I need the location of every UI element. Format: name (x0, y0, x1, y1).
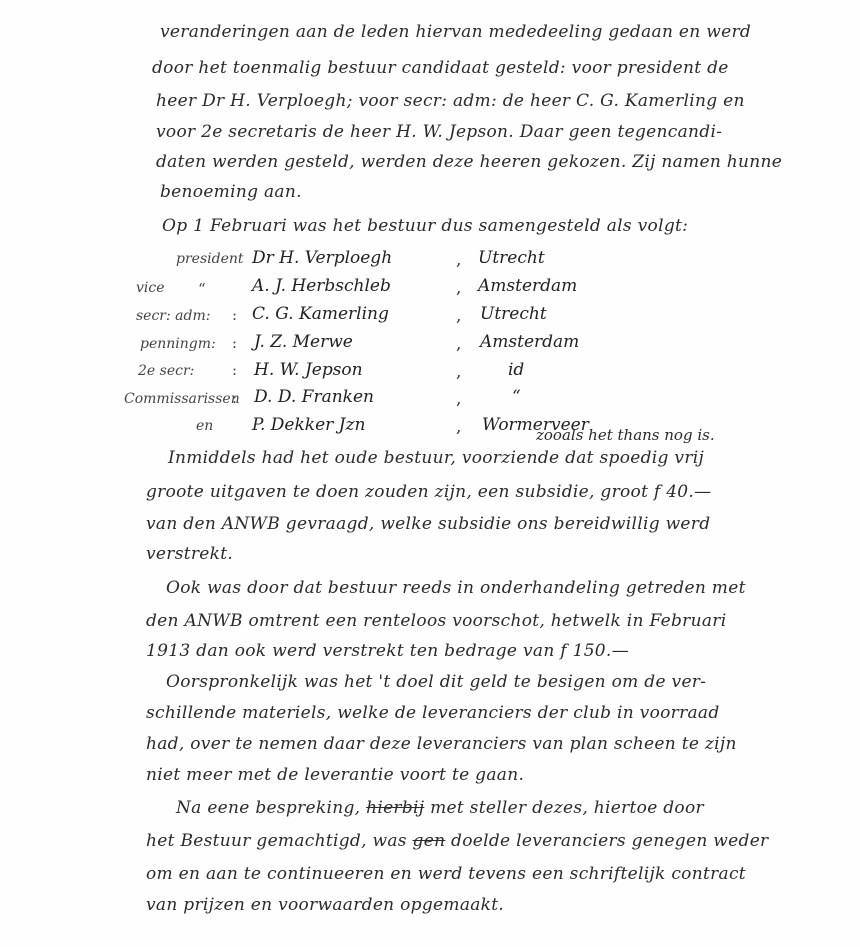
paragraph-1-line-4: voor 2e secretaris de heer H. W. Jepson.… (156, 122, 722, 142)
paragraph-3-line-1: Inmiddels had het oude bestuur, voorzien… (168, 448, 704, 468)
paragraph-1-line-6: benoeming aan. (160, 182, 302, 202)
paragraph-6-line-1: Na eene bespreking, hierbij met steller … (176, 798, 704, 818)
roster-name: D. D. Franken (254, 387, 374, 407)
roster-name: Dr H. Verploegh (252, 248, 392, 268)
inserted-annotation: zooals het thans nog is. (536, 426, 715, 444)
roster-city: Amsterdam (480, 332, 579, 352)
paragraph-1-line-3: heer Dr H. Verploegh; voor secr: adm: de… (156, 91, 745, 111)
roster-label: vice (136, 280, 165, 296)
roster-label: secr: adm: (136, 308, 210, 324)
struck-word: hierbij (366, 798, 424, 818)
text-segment: Na eene bespreking, (176, 798, 360, 818)
roster-intro: Op 1 Februari was het bestuur dus sameng… (162, 216, 688, 236)
paragraph-5-line-3: had, over te nemen daar deze leverancier… (146, 734, 737, 754)
roster-ditto: “ (198, 280, 206, 298)
roster-city: Utrecht (478, 248, 545, 268)
paragraph-1-line-1: veranderingen aan de leden hiervan meded… (160, 22, 751, 42)
paragraph-6-line-2: het Bestuur gemachtigd, was gen doelde l… (146, 831, 768, 851)
paragraph-3-line-4: verstrekt. (146, 544, 233, 564)
roster-label: en (196, 418, 213, 434)
roster-name: J. Z. Merwe (254, 332, 353, 352)
paragraph-1-line-2: door het toenmalig bestuur candidaat ges… (152, 58, 729, 78)
paragraph-5-line-4: niet meer met de leverantie voort te gaa… (146, 765, 524, 785)
roster-name: H. W. Jepson (254, 360, 363, 380)
paragraph-4-line-3: 1913 dan ook werd verstrekt ten bedrage … (146, 641, 629, 661)
paragraph-1-line-5: daten werden gesteld, werden deze heeren… (156, 152, 782, 172)
paragraph-5-line-1: Oorspronkelijk was het 't doel dit geld … (166, 672, 706, 692)
roster-city: Utrecht (480, 304, 547, 324)
struck-word: gen (413, 831, 446, 851)
paragraph-6-line-4: van prijzen en voorwaarden opgemaakt. (146, 895, 504, 915)
document-page: veranderingen aan de leden hiervan meded… (0, 0, 860, 947)
paragraph-3-line-2: groote uitgaven te doen zouden zijn, een… (146, 482, 711, 502)
text-segment: doelde leveranciers genegen weder (451, 831, 768, 851)
paragraph-4-line-2: den ANWB omtrent een renteloos voorschot… (146, 611, 726, 631)
text-segment: met steller dezes, hiertoe door (430, 798, 704, 818)
roster-name: P. Dekker Jzn (252, 415, 365, 435)
paragraph-3-line-3: van den ANWB gevraagd, welke subsidie on… (146, 514, 710, 534)
text-segment: het Bestuur gemachtigd, was (146, 831, 407, 851)
roster-city: Amsterdam (478, 276, 577, 296)
roster-name: A. J. Herbschleb (252, 276, 391, 296)
paragraph-6-line-3: om en aan te continueeren en werd tevens… (146, 864, 746, 884)
roster-label: president (176, 251, 244, 267)
roster-name: C. G. Kamerling (252, 304, 389, 324)
paragraph-5-line-2: schillende materiels, welke de leveranci… (146, 703, 720, 723)
roster-city: id (508, 360, 524, 380)
roster-label: 2e secr: (138, 363, 194, 379)
paragraph-4-line-1: Ook was door dat bestuur reeds in onderh… (166, 578, 746, 598)
roster-label: penningm: (140, 336, 216, 352)
roster-label: Commissarissen (124, 391, 240, 407)
roster-city: “ (512, 387, 521, 407)
